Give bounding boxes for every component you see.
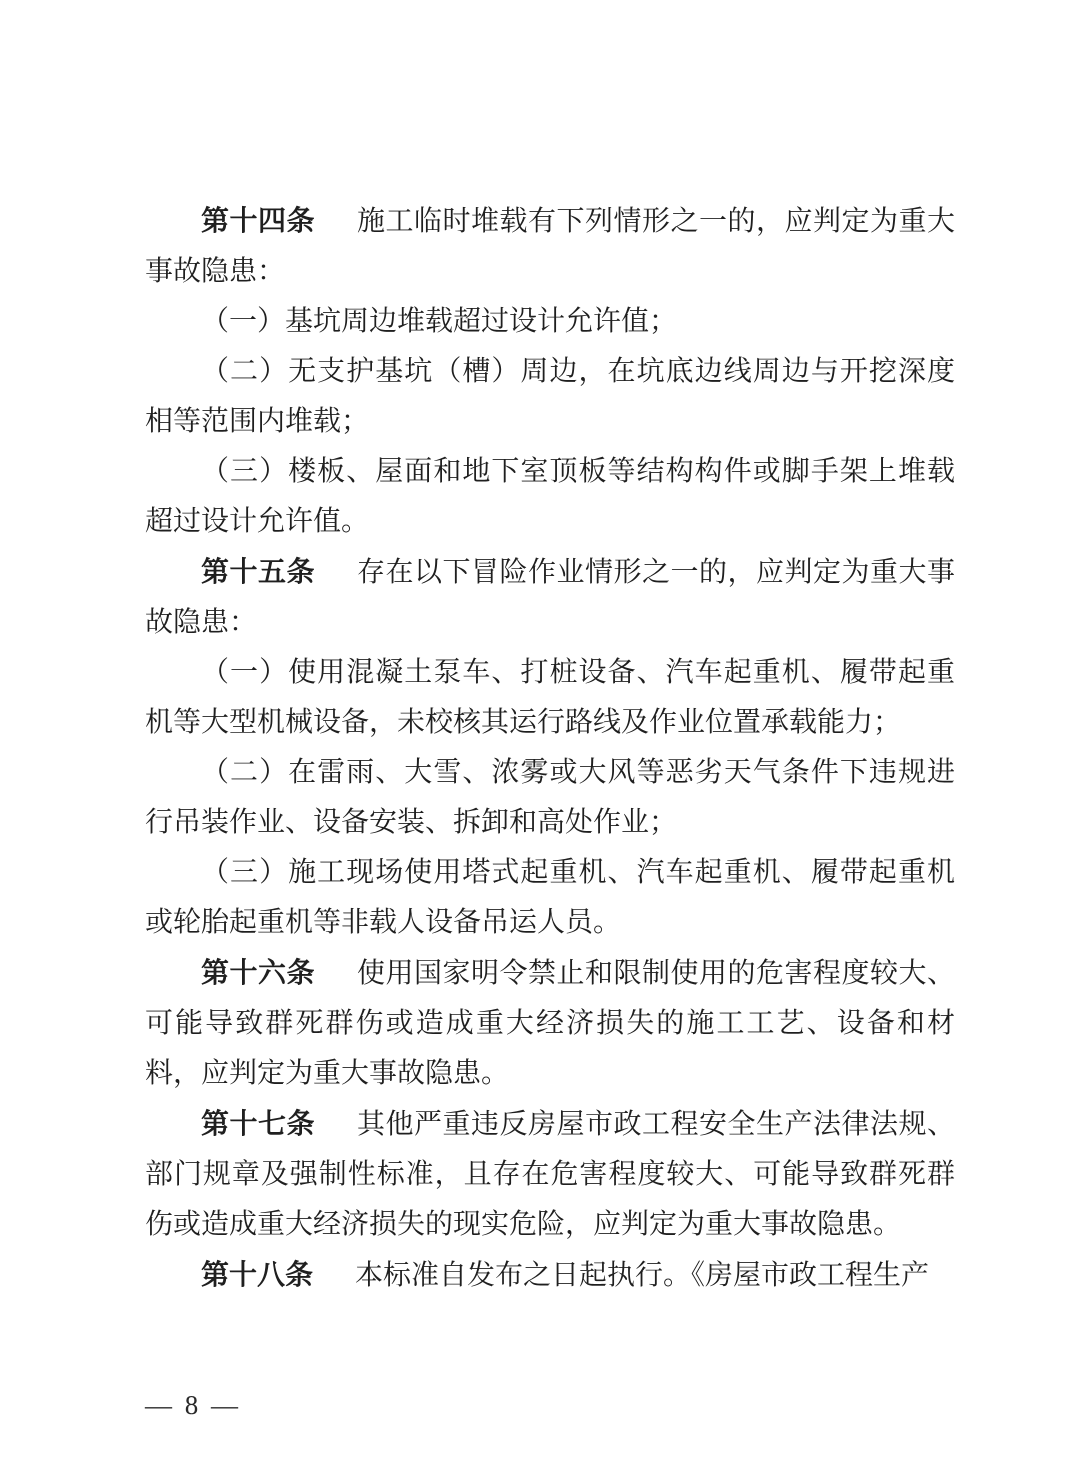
- article-15-item-3: （三）施工现场使用塔式起重机、汽车起重机、履带起重机或轮胎起重机等非载人设备吊运…: [145, 848, 955, 948]
- article-18-paragraph: 第十八条本标准自发布之日起执行。《房屋市政工程生产: [145, 1250, 955, 1301]
- document-page: 第十四条施工临时堆载有下列情形之一的，应判定为重大事故隐患： （一）基坑周边堆载…: [0, 0, 1080, 1458]
- article-18-text: 本标准自发布之日起执行。《房屋市政工程生产: [355, 1260, 929, 1291]
- article-15-item-1: （一）使用混凝土泵车、打桩设备、汽车起重机、履带起重机等大型机械设备，未校核其运…: [145, 648, 955, 748]
- article-14-item-1: （一）基坑周边堆载超过设计允许值；: [145, 297, 955, 347]
- page-number: — 8 —: [145, 1385, 241, 1425]
- article-15-intro: 第十五条存在以下冒险作业情形之一的，应判定为重大事故隐患：: [145, 547, 955, 648]
- article-17-number: 第十七条: [201, 1108, 315, 1139]
- article-15-number: 第十五条: [201, 556, 315, 587]
- document-body: 第十四条施工临时堆载有下列情形之一的，应判定为重大事故隐患： （一）基坑周边堆载…: [145, 196, 955, 1301]
- article-17-paragraph: 第十七条其他严重违反房屋市政工程安全生产法律法规、部门规章及强制性标准，且存在危…: [145, 1099, 955, 1250]
- article-14-item-3-text: （三）楼板、屋面和地下室顶板等结构构件或脚手架上堆载超过设计允许值。: [145, 456, 955, 537]
- article-18-number: 第十八条: [201, 1259, 313, 1290]
- article-16-number: 第十六条: [201, 957, 315, 988]
- article-15-item-3-text: （三）施工现场使用塔式起重机、汽车起重机、履带起重机或轮胎起重机等非载人设备吊运…: [145, 857, 955, 938]
- article-14-item-3: （三）楼板、屋面和地下室顶板等结构构件或脚手架上堆载超过设计允许值。: [145, 447, 955, 547]
- article-14-number: 第十四条: [201, 205, 315, 236]
- article-15-item-1-text: （一）使用混凝土泵车、打桩设备、汽车起重机、履带起重机等大型机械设备，未校核其运…: [145, 657, 955, 738]
- article-14-item-1-text: （一）基坑周边堆载超过设计允许值；: [201, 306, 677, 337]
- article-14-item-2: （二）无支护基坑（槽）周边，在坑底边线周边与开挖深度相等范围内堆载；: [145, 347, 955, 447]
- article-15-item-2-text: （二）在雷雨、大雪、浓雾或大风等恶劣天气条件下违规进行吊装作业、设备安装、拆卸和…: [145, 757, 955, 838]
- article-15-item-2: （二）在雷雨、大雪、浓雾或大风等恶劣天气条件下违规进行吊装作业、设备安装、拆卸和…: [145, 748, 955, 848]
- article-14-item-2-text: （二）无支护基坑（槽）周边，在坑底边线周边与开挖深度相等范围内堆载；: [145, 356, 955, 437]
- article-14-intro: 第十四条施工临时堆载有下列情形之一的，应判定为重大事故隐患：: [145, 196, 955, 297]
- article-16-paragraph: 第十六条使用国家明令禁止和限制使用的危害程度较大、可能导致群死群伤或造成重大经济…: [145, 948, 955, 1099]
